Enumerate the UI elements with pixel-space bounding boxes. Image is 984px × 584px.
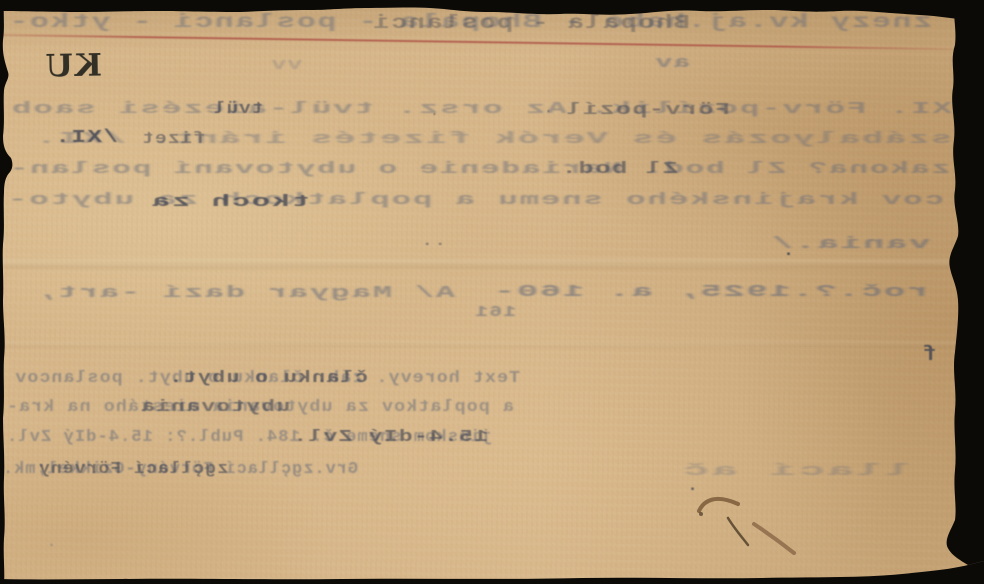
typewritten-line-frag-av: av <box>654 54 690 73</box>
typewritten-line-top-dark: Bhopala - poslanci <box>372 12 690 34</box>
typewritten-line-p3-l3-d1: 15.4-dIý Zvl. <box>292 428 488 447</box>
typewritten-line-p1-l4-d1: tkoch za <box>150 193 310 212</box>
typewritten-line-p2-l2: 161 <box>474 304 516 321</box>
typewritten-line-dot-low: . <box>46 534 56 551</box>
typewritten-line-speck-2: . <box>544 101 552 116</box>
typewritten-text-layer: znezy kv.aj.habé - Bhopala - poslanci - … <box>0 0 984 584</box>
typewritten-line-p3-l1-d1: članku o ubyt. <box>168 369 368 388</box>
typewritten-line-p1-l1-d2: Förv-pozíl <box>565 101 730 120</box>
stamp-letter: U <box>44 48 74 85</box>
typewritten-line-p2-l1a: A/ Magyar dazí -art, <box>35 284 455 303</box>
typewritten-line-p1-l5-dot: . <box>782 242 794 261</box>
typewritten-line-p1-l5: vania./ <box>770 235 930 254</box>
typewritten-line-tick-right: f <box>922 344 936 367</box>
typewritten-line-p3-l4b: llací ač <box>680 462 912 481</box>
typewritten-line-p1-l4: cov krajinského snemu a poplatkoch za ub… <box>6 191 944 210</box>
typewritten-line-p1-l2-d2: fizet <box>141 130 205 149</box>
typewritten-line-frag-vv: vv <box>270 56 302 75</box>
typewritten-line-p1-l3: zakona? Zl bod. Nariadenie o ubytovaní p… <box>8 160 950 179</box>
typewritten-line-frag-dots: .. <box>420 233 446 250</box>
scanned-card: znezy kv.aj.habé - Bhopala - poslanci - … <box>0 0 984 584</box>
typewritten-line-p1-l2-d1: /XI. <box>54 128 118 148</box>
typewritten-line-p3-l4-d1: zgçllací Förvény <box>38 460 228 479</box>
library-stamp-uk-mirrored: UK <box>44 47 103 84</box>
stamp-letter: K <box>73 47 103 83</box>
typewritten-line-p1-l1: XI. Förv-pozílik. Az orsz. tvül-aiezési … <box>10 100 952 119</box>
typewritten-line-p3-l2-d1: ubytovania <box>140 398 290 417</box>
typewritten-line-p1-l1-d1: tvül <box>213 100 263 119</box>
typewritten-line-dot-bl: . <box>686 477 698 496</box>
typewritten-line-speck-1: . <box>430 104 438 119</box>
typewritten-line-p2-l1b: roč.?.1925, a. 160- <box>492 283 928 302</box>
typewritten-line-p1-l3-d1: Zl bod. <box>560 160 678 179</box>
